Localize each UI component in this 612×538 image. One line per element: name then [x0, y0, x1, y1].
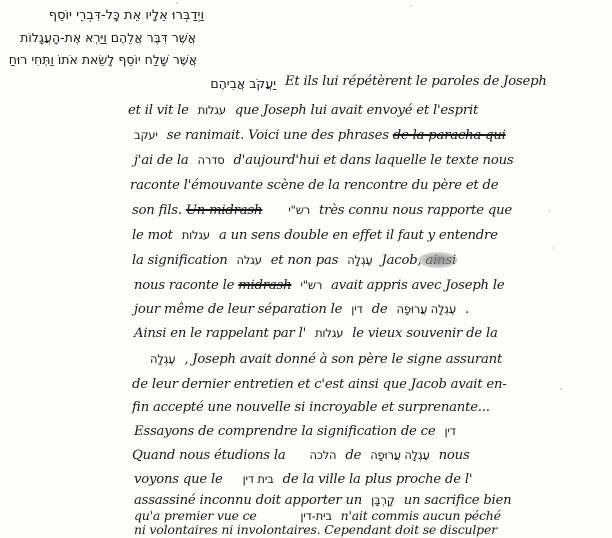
text-line: fin accepté une nouvelle si incroyable e…	[132, 400, 490, 415]
text-line: qu'a premier vue ce בית-דין n'ait commis…	[134, 508, 501, 523]
hebrew-word: עגלות	[182, 228, 210, 242]
struck-text: Un midrash	[186, 203, 262, 218]
text-line: Quand nous étudions la הלכה de עֶגְלָה ע…	[132, 448, 470, 463]
line-text: Essayons de comprendre la signification …	[134, 424, 435, 439]
text-line: יעקב se ranimait. Voici une des phrases …	[134, 128, 506, 143]
text-line: et il vit le עגלות que Joseph lui avait …	[128, 103, 478, 118]
hebrew-word: עֶגְלָה	[150, 352, 175, 366]
text-line: Essayons de comprendre la signification …	[134, 424, 461, 439]
line-text: assassiné inconnu doit apporter un	[134, 493, 362, 508]
manuscript-page: וַיְדַבְּרוּ אֵלָיו אֵת כָּל-דִּבְרֵי יו…	[0, 0, 612, 538]
line-text: que Joseph lui avait envoyé et l'esprit	[235, 103, 478, 118]
line-text: et il vit le	[128, 103, 189, 118]
hebrew-verse-line-2: אֲשֶׁר דִּבֶּר אֲלֵהֶם וַיַּרְא אֶת-הָעֲ…	[20, 30, 196, 45]
hebrew-word: קָרְבָּן	[371, 493, 395, 507]
hebrew-word: עֶגְלָה	[347, 253, 372, 267]
line-text: jour même de leur séparation le	[134, 302, 342, 317]
scan-speck	[410, 5, 412, 7]
hebrew-word: עגלה	[237, 253, 262, 267]
line-text: nous raconte le	[134, 278, 234, 293]
line-text: Et ils lui répétèrent le paroles de Jose…	[285, 74, 547, 89]
text-line: raconte l'émouvante scène de la rencontr…	[130, 178, 498, 193]
line-text: voyons que le	[134, 472, 223, 487]
line-text: a un sens double en effet il faut y ente…	[219, 228, 498, 243]
text-line: עֶגְלָה , Joseph avait donné à son père …	[150, 352, 502, 367]
hebrew-word: עֶגְלָה עֲרוּפָה	[397, 302, 456, 316]
line-text: le vieux souvenir de la	[352, 326, 497, 341]
hebrew-word: עגלות	[315, 326, 343, 340]
hebrew-verse-line-3: אֲשֶׁר שָׁלַח יוֹסֵף לָשֵׂאת אֹתוֹ וַתְּ…	[9, 52, 197, 67]
scan-speck	[548, 210, 550, 212]
text-line: j'ai de la סדרה d'aujourd'hui et dans la…	[134, 153, 513, 168]
line-text: et non pas	[271, 253, 339, 268]
line-text: .	[465, 302, 469, 317]
line-text: de	[372, 302, 388, 317]
hebrew-word: רש"י	[300, 278, 322, 292]
line-text: n'ait commis aucun péché	[341, 508, 501, 523]
struck-text: de la paracha qui	[393, 128, 506, 143]
line-text: le mot	[132, 228, 173, 243]
hebrew-word: עֶגְלָה עֲרוּפָה	[370, 448, 429, 462]
hebrew-word: דין	[351, 302, 362, 316]
hebrew-word: הלכה	[310, 448, 337, 462]
scan-speck	[552, 247, 554, 249]
text-line: le mot עגלות a un sens double en effet i…	[132, 228, 498, 243]
line-text: très connu nous rapporte que	[319, 203, 512, 218]
text-line: Ainsi en le rappelant par l' עגלות le vi…	[134, 326, 498, 341]
text-line: Et ils lui répétèrent le paroles de Jose…	[285, 74, 547, 89]
line-text: qu'a premier vue ce	[134, 508, 257, 523]
hebrew-verse-line-4: יַעֲקֹב אֲבִיהֶם	[210, 76, 276, 91]
line-text: de leur dernier entretien et c'est ainsi…	[132, 377, 507, 392]
text-line: jour même de leur séparation le דין de ע…	[134, 302, 469, 317]
line-text: fin accepté une nouvelle si incroyable e…	[132, 400, 490, 415]
ink-smudge	[418, 252, 458, 268]
line-text: avait appris avec Joseph le	[331, 278, 504, 293]
line-text: Quand nous étudions la	[132, 448, 286, 463]
text-line: nous raconte le midrash רש"י avait appri…	[134, 278, 504, 293]
line-text: la signification	[132, 253, 228, 268]
struck-text: midrash	[238, 278, 291, 293]
hebrew-word: עגלות	[198, 103, 226, 117]
hebrew-word: רש"י	[288, 203, 310, 217]
line-text: , Joseph avait donné à son père le signe…	[184, 352, 502, 367]
line-text: ni volontaires ni involontaires. Cependa…	[134, 522, 497, 537]
line-text: son fils.	[132, 203, 182, 218]
line-text: raconte l'émouvante scène de la rencontr…	[130, 178, 498, 193]
hebrew-word: בית דין	[243, 472, 274, 486]
hebrew-word: דין	[444, 424, 455, 438]
text-line: de leur dernier entretien et c'est ainsi…	[132, 377, 507, 392]
hebrew-word: סדרה	[198, 153, 225, 167]
scan-speck	[176, 2, 178, 4]
text-line: la signification עגלה et non pas עֶגְלָה…	[132, 253, 456, 268]
hebrew-word: בית-דין	[300, 509, 332, 523]
line-text: nous	[439, 448, 470, 463]
line-text: de	[345, 448, 361, 463]
line-text: j'ai de la	[134, 153, 189, 168]
text-line: son fils. Un midrash רש"י très connu nou…	[132, 203, 512, 218]
line-text: Ainsi en le rappelant par l'	[134, 326, 306, 341]
line-text: de la ville la plus proche de l'	[283, 472, 473, 487]
line-text: se ranimait. Voici une des phrases	[167, 128, 389, 143]
text-line: voyons que le בית דין de la ville la plu…	[134, 472, 472, 487]
line-text: un sacrifice bien	[404, 493, 512, 508]
scan-speck	[560, 388, 562, 390]
text-line: assassiné inconnu doit apporter un קָרְב…	[134, 493, 511, 508]
line-text: d'aujourd'hui et dans laquelle le texte …	[233, 153, 513, 168]
text-line: ni volontaires ni involontaires. Cependa…	[134, 522, 497, 537]
hebrew-verse-line-1: וַיְדַבְּרוּ אֵלָיו אֵת כָּל-דִּבְרֵי יו…	[49, 8, 204, 23]
hebrew-word: יעקב	[134, 128, 158, 142]
